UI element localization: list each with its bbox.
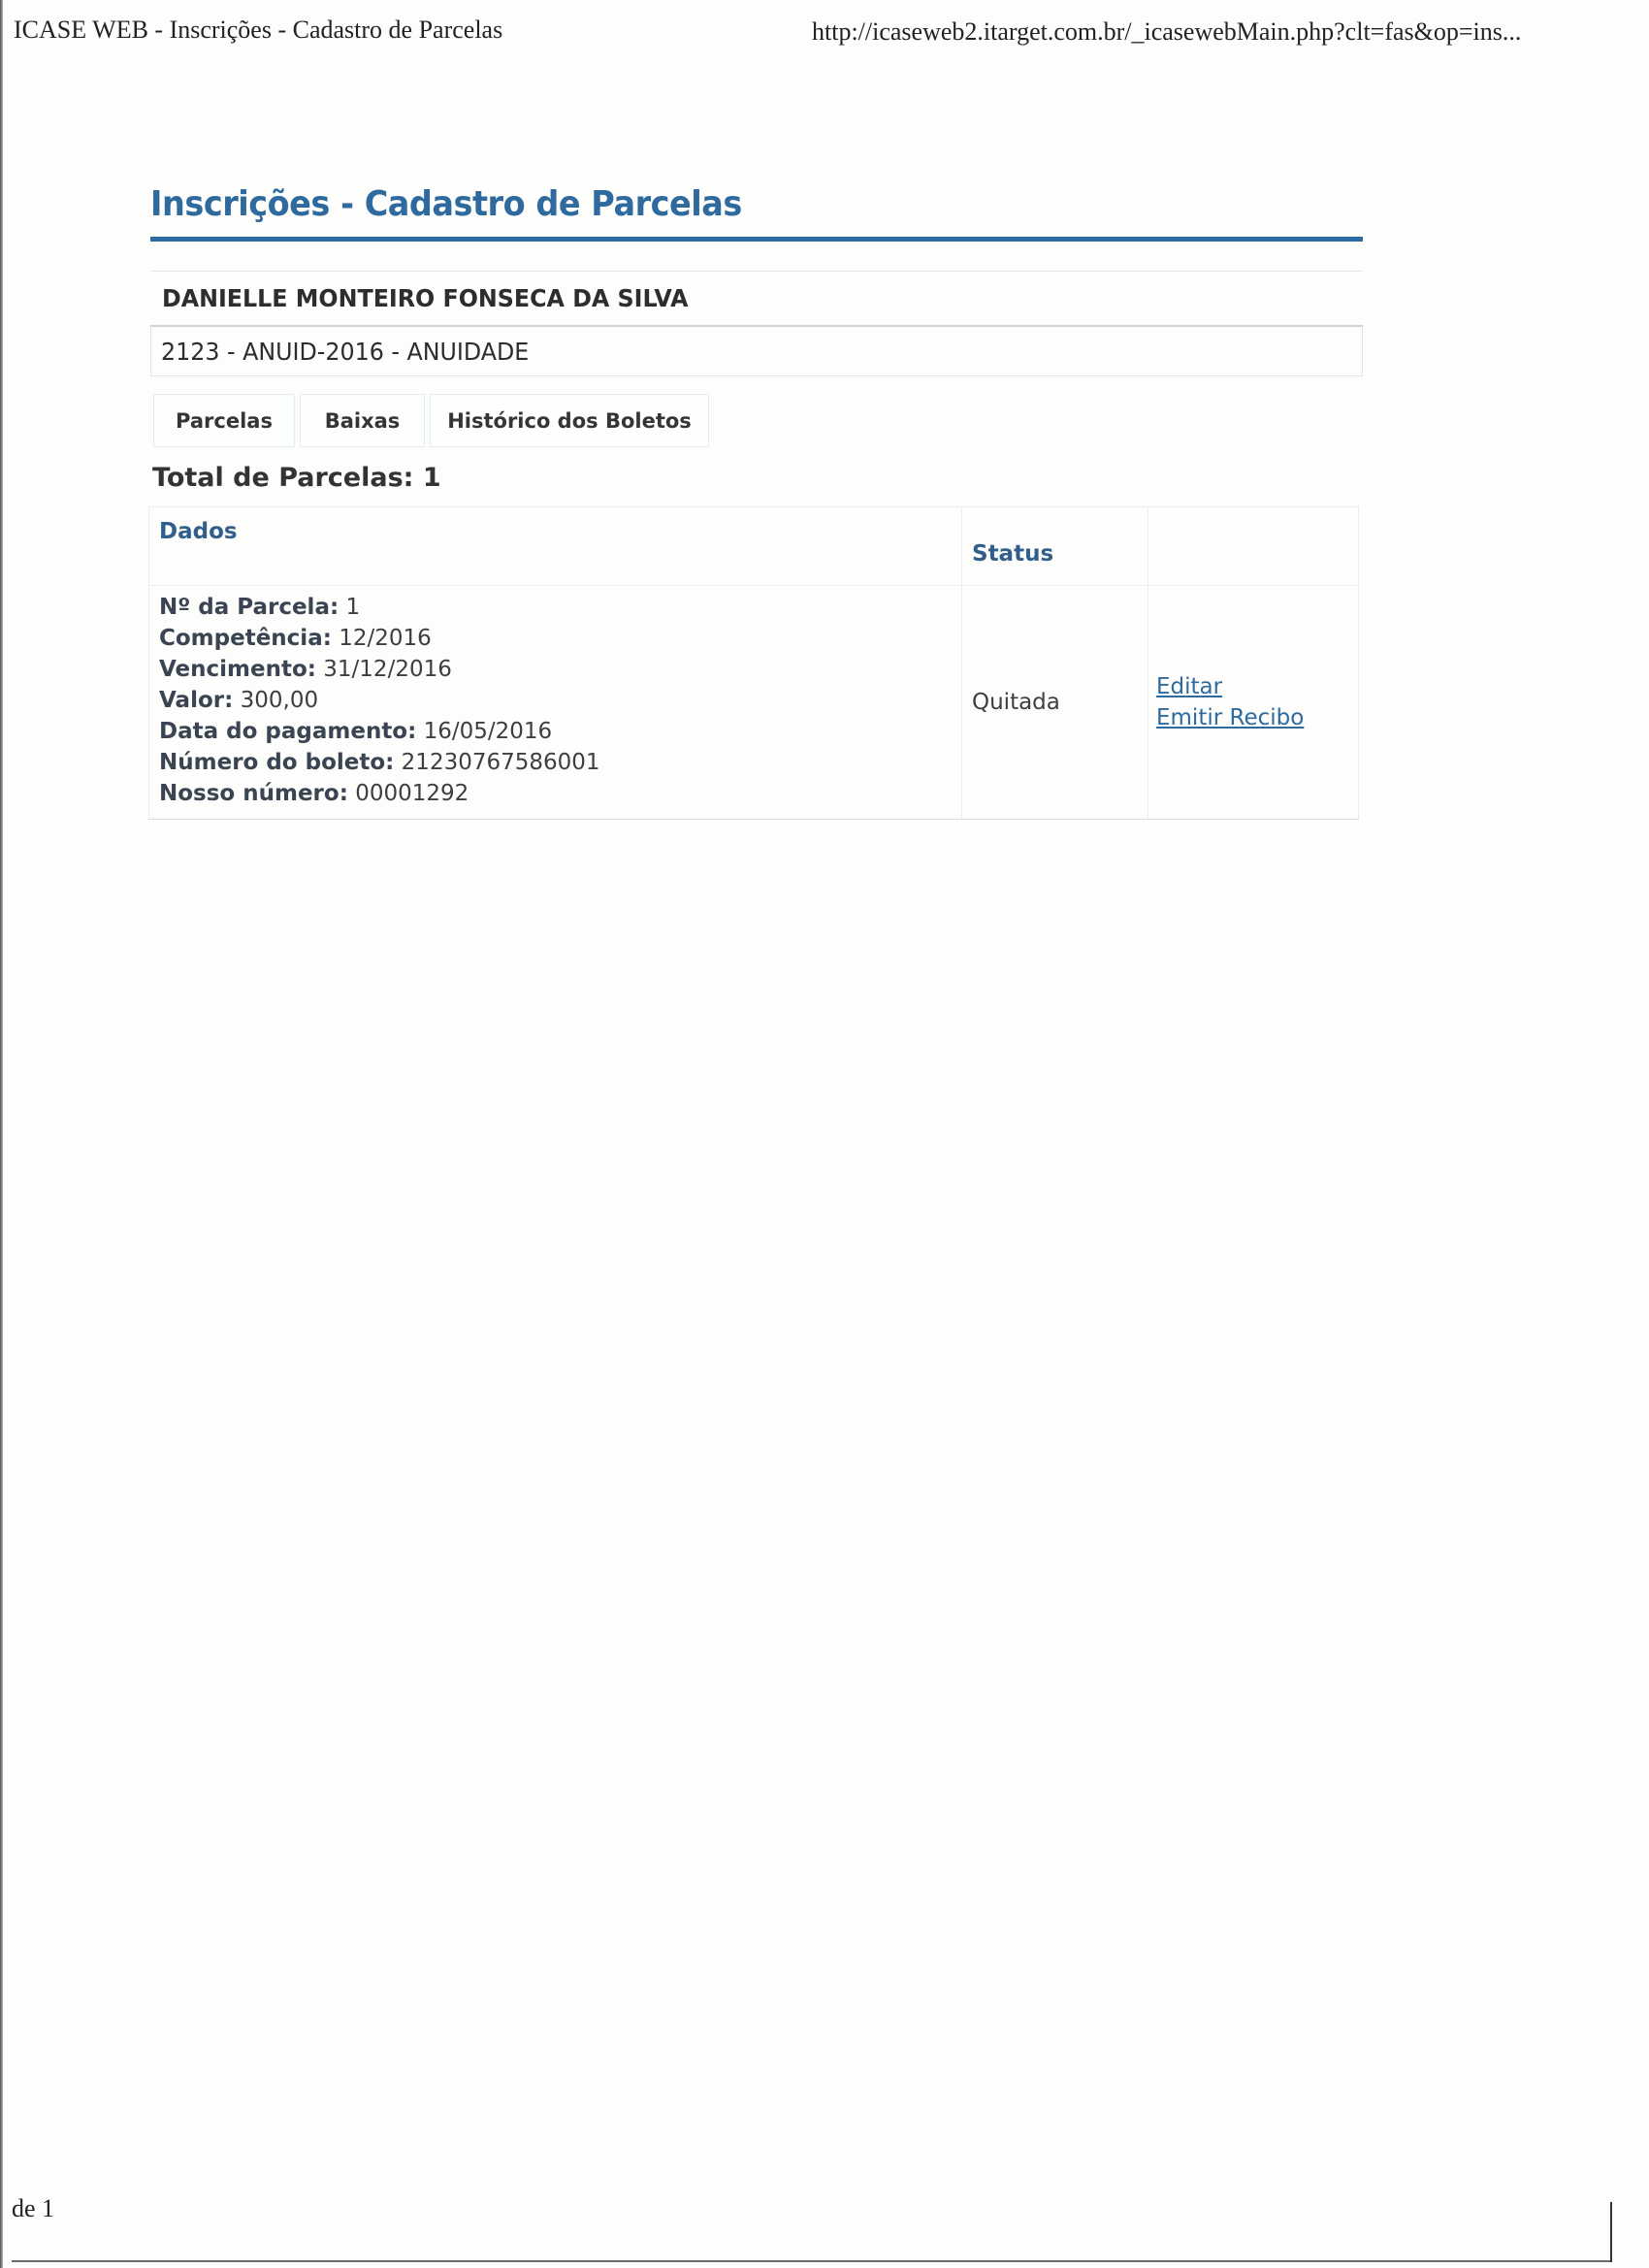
total-parcelas: Total de Parcelas: 1 [152,463,1363,493]
field-label: Valor: [159,688,233,713]
field-competencia: Competência: 12/2016 [159,623,952,654]
field-label: Competência: [159,626,332,651]
field-data-pagamento: Data do pagamento: 16/05/2016 [159,716,952,747]
main-content: Inscrições - Cadastro de Parcelas DANIEL… [150,180,1363,820]
field-label: Nosso número: [159,781,348,806]
tab-historico-boletos[interactable]: Histórico dos Boletos [430,394,709,447]
status-cell: Quitada [962,586,1148,820]
field-label: Vencimento: [159,657,316,682]
field-label: Nº da Parcela: [159,595,339,620]
field-label: Número do boleto: [159,750,394,775]
column-header-dados: Dados [149,507,962,586]
emit-receipt-link[interactable]: Emitir Recibo [1156,702,1357,733]
plan-box: 2123 - ANUID-2016 - ANUIDADE [150,325,1363,376]
field-value: 300,00 [241,688,318,713]
print-footer-page-indicator: de 1 [12,2194,54,2223]
field-value: 1 [345,595,360,620]
scan-edge-left [0,0,3,2268]
field-valor: Valor: 300,00 [159,685,952,716]
dados-cell: Nº da Parcela: 1 Competência: 12/2016 Ve… [149,586,962,820]
edit-link[interactable]: Editar [1156,671,1357,702]
field-vencimento: Vencimento: 31/12/2016 [159,654,952,685]
field-value: 31/12/2016 [323,657,452,682]
field-value: 00001292 [355,781,469,806]
scan-edge-right [1610,2202,1612,2262]
table-row: Nº da Parcela: 1 Competência: 12/2016 Ve… [149,586,1359,820]
scan-edge-bottom [12,2260,1612,2262]
field-value: 16/05/2016 [424,719,553,744]
parcelas-table: Dados Status Nº da Parcela: 1 Competênci… [148,506,1359,820]
print-header-url: http://icaseweb2.itarget.com.br/_icasewe… [812,17,1521,47]
print-header-title: ICASE WEB - Inscrições - Cadastro de Par… [14,16,502,45]
table-header-row: Dados Status [149,507,1359,586]
field-label: Data do pagamento: [159,719,416,744]
tab-baixas[interactable]: Baixas [300,394,425,447]
actions-cell: Editar Emitir Recibo [1148,586,1359,820]
field-value: 12/2016 [339,626,432,651]
page-title: Inscrições - Cadastro de Parcelas [150,180,1278,229]
person-name: DANIELLE MONTEIRO FONSECA DA SILVA [162,284,689,312]
title-divider [150,237,1363,242]
tab-bar: Parcelas Baixas Histórico dos Boletos [153,394,1363,447]
field-nosso-numero: Nosso número: 00001292 [159,778,952,809]
column-header-actions [1148,507,1359,586]
field-value: 21230767586001 [402,750,600,775]
tab-parcelas[interactable]: Parcelas [153,394,295,447]
person-box: DANIELLE MONTEIRO FONSECA DA SILVA [150,271,1363,325]
column-header-status: Status [962,507,1148,586]
plan-description: 2123 - ANUID-2016 - ANUIDADE [161,338,529,366]
field-numero-parcela: Nº da Parcela: 1 [159,592,952,623]
field-numero-boleto: Número do boleto: 21230767586001 [159,747,952,778]
